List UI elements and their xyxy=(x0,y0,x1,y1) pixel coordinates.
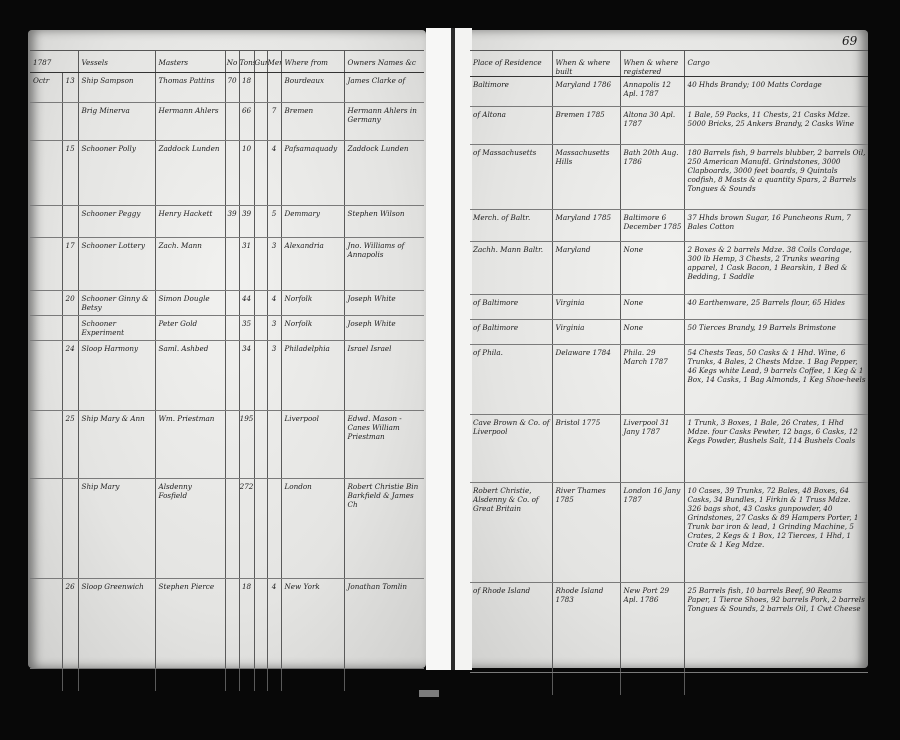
header-when-built: When & where built xyxy=(552,51,620,77)
entry-cargo: 1 Bale, 59 Packs, 11 Chests, 21 Casks Md… xyxy=(684,107,868,145)
blank-cell xyxy=(281,669,344,691)
entry-vessel: Sloop Harmony xyxy=(78,341,155,411)
entry-residence: of Altona xyxy=(470,107,552,145)
entry-cargo: 40 Hhds Brandy; 100 Matts Cordage xyxy=(684,77,868,107)
entry-cargo: 1 Trunk, 3 Boxes, 1 Bale, 26 Crates, 1 H… xyxy=(684,415,868,483)
entry-col-b: 39 xyxy=(239,206,254,238)
entry-where-from: Norfolk xyxy=(281,291,344,316)
entry-col-b: 35 xyxy=(239,316,254,341)
entry-owners: Robert Christie Bin Barkfield & James Ch xyxy=(344,479,424,579)
entry-cargo: 10 Cases, 39 Trunks, 72 Bales, 48 Boxes,… xyxy=(684,483,868,583)
entry-where-from: Liverpool xyxy=(281,411,344,479)
entry-where-from: Bourdeaux xyxy=(281,73,344,103)
entry-registered: None xyxy=(620,242,684,295)
entry-master: Thomas Pattins xyxy=(155,73,225,103)
entry-when-built: River Thames 1785 xyxy=(552,483,620,583)
blank-cell xyxy=(267,669,281,691)
entry-col-b: 66 xyxy=(239,103,254,141)
entry-col-b: 10 xyxy=(239,141,254,206)
entry-day: 24 xyxy=(62,341,78,411)
left-header-row: 1787 Vessels Masters No Tons Guns Men Wh… xyxy=(30,51,424,73)
entry-month xyxy=(30,291,62,316)
entry-col-d: 7 xyxy=(267,103,281,141)
blank-cell xyxy=(30,669,62,691)
entry-month xyxy=(30,341,62,411)
entry-master: Hermann Ahlers xyxy=(155,103,225,141)
header-col-a: No xyxy=(225,51,239,73)
ledger-entry-row: Ship MaryAlsdenny Fosfield272LondonRober… xyxy=(30,479,424,579)
entry-day xyxy=(62,103,78,141)
entry-day: 25 xyxy=(62,411,78,479)
blank-cell xyxy=(470,673,552,695)
entry-residence: of Baltimore xyxy=(470,295,552,320)
entry-col-d xyxy=(267,479,281,579)
entry-cargo: 37 Hhds brown Sugar, 16 Puncheons Rum, 7… xyxy=(684,210,868,242)
ledger-entry-row: 20Schooner Ginny & BetsySimon Dougle444N… xyxy=(30,291,424,316)
header-vessels: Vessels xyxy=(78,51,155,73)
entry-col-d: 4 xyxy=(267,141,281,206)
header-where-from: Where from xyxy=(281,51,344,73)
right-header-row: Place of Residence When & where built Wh… xyxy=(470,51,868,77)
blank-cell xyxy=(239,669,254,691)
entry-when-built: Rhode Island 1783 xyxy=(552,583,620,673)
entry-day xyxy=(62,206,78,238)
entry-owners: Israel Israel xyxy=(344,341,424,411)
entry-master: Stephen Pierce xyxy=(155,579,225,669)
ledger-entry-row: 25Ship Mary & AnnWm. Priestman195Liverpo… xyxy=(30,411,424,479)
blank-cell xyxy=(344,669,424,691)
entry-col-b: 272 xyxy=(239,479,254,579)
entry-registered: Liverpool 31 Jany 1787 xyxy=(620,415,684,483)
blank-cell xyxy=(684,673,868,695)
entry-residence: of Rhode Island xyxy=(470,583,552,673)
ledger-entry-row: of Rhode IslandRhode Island 1783New Port… xyxy=(470,583,868,673)
entry-where-from: London xyxy=(281,479,344,579)
ledger-entry-row: Robert Christie, Alsdenny & Co. of Great… xyxy=(470,483,868,583)
blank-ruled-space xyxy=(470,673,868,695)
ledger-entry-row: Zachh. Mann Baltr.MarylandNone2 Boxes & … xyxy=(470,242,868,295)
entry-residence: Robert Christie, Alsdenny & Co. of Great… xyxy=(470,483,552,583)
entry-where-from: New York xyxy=(281,579,344,669)
entry-col-c xyxy=(254,316,267,341)
entry-when-built: Bremen 1785 xyxy=(552,107,620,145)
entry-col-b: 44 xyxy=(239,291,254,316)
ledger-entry-row: Schooner PeggyHenry Hackett39395DemmaryS… xyxy=(30,206,424,238)
entry-when-built: Massachusetts Hills xyxy=(552,145,620,210)
entry-master: Henry Hackett xyxy=(155,206,225,238)
entry-registered: None xyxy=(620,295,684,320)
entry-when-built: Bristol 1775 xyxy=(552,415,620,483)
entry-col-c xyxy=(254,579,267,669)
entry-residence: of Baltimore xyxy=(470,320,552,345)
ledger-entry-row: Merch. of Baltr.Maryland 1785Baltimore 6… xyxy=(470,210,868,242)
entry-vessel: Ship Mary & Ann xyxy=(78,411,155,479)
entry-vessel: Sloop Greenwich xyxy=(78,579,155,669)
entry-col-a xyxy=(225,141,239,206)
header-col-d: Men xyxy=(267,51,281,73)
entry-where-from: Norfolk xyxy=(281,316,344,341)
entry-col-b: 18 xyxy=(239,73,254,103)
right-ledger-table: Place of Residence When & where built Wh… xyxy=(470,50,868,695)
entry-residence: Cave Brown & Co. of Liverpool xyxy=(470,415,552,483)
entry-col-a xyxy=(225,479,239,579)
entry-col-d: 3 xyxy=(267,341,281,411)
entry-month xyxy=(30,141,62,206)
entry-cargo: 54 Chests Teas, 50 Casks & 1 Hhd. Wine, … xyxy=(684,345,868,415)
entry-registered: New Port 29 Apl. 1786 xyxy=(620,583,684,673)
entry-vessel: Schooner Lottery xyxy=(78,238,155,291)
entry-registered: None xyxy=(620,320,684,345)
blank-cell xyxy=(62,669,78,691)
header-masters: Masters xyxy=(155,51,225,73)
entry-when-built: Virginia xyxy=(552,295,620,320)
entry-col-d xyxy=(267,73,281,103)
blank-cell xyxy=(225,669,239,691)
entry-vessel: Schooner Peggy xyxy=(78,206,155,238)
header-cargo: Cargo xyxy=(684,51,868,77)
gutter-strip-left xyxy=(426,28,452,670)
ledger-entry-row: of MassachusettsMassachusetts HillsBath … xyxy=(470,145,868,210)
entry-day: 20 xyxy=(62,291,78,316)
entry-master: Wm. Priestman xyxy=(155,411,225,479)
entry-registered: Baltimore 6 December 1785 xyxy=(620,210,684,242)
entry-vessel: Schooner Polly xyxy=(78,141,155,206)
entry-col-a xyxy=(225,291,239,316)
header-col-b: Tons xyxy=(239,51,254,73)
entry-col-a xyxy=(225,341,239,411)
entry-col-a: 39 xyxy=(225,206,239,238)
header-year: 1787 xyxy=(30,51,78,73)
entry-vessel: Schooner Experiment xyxy=(78,316,155,341)
ledger-entry-row: of BaltimoreVirginiaNone50 Tierces Brand… xyxy=(470,320,868,345)
entry-month xyxy=(30,103,62,141)
entry-col-c xyxy=(254,206,267,238)
entry-col-a xyxy=(225,411,239,479)
entry-col-d: 3 xyxy=(267,316,281,341)
entry-month xyxy=(30,238,62,291)
entry-where-from: Philadelphia xyxy=(281,341,344,411)
entry-where-from: Pafsamaquady xyxy=(281,141,344,206)
entry-col-c xyxy=(254,479,267,579)
entry-col-a xyxy=(225,579,239,669)
entry-owners: Stephen Wilson xyxy=(344,206,424,238)
entry-col-c xyxy=(254,291,267,316)
left-ledger-table: 1787 Vessels Masters No Tons Guns Men Wh… xyxy=(30,50,424,691)
entry-col-a: 70 xyxy=(225,73,239,103)
entry-cargo: 180 Barrels fish, 9 barrels blubber, 2 b… xyxy=(684,145,868,210)
entry-residence: of Phila. xyxy=(470,345,552,415)
header-col-c: Guns xyxy=(254,51,267,73)
ledger-entry-row: BaltimoreMaryland 1786Annapolis 12 Apl. … xyxy=(470,77,868,107)
entry-month xyxy=(30,411,62,479)
blank-ruled-space xyxy=(30,669,424,691)
ledger-entry-row: Schooner ExperimentPeter Gold353NorfolkJ… xyxy=(30,316,424,341)
entry-col-d: 5 xyxy=(267,206,281,238)
entry-registered: Bath 20th Aug. 1786 xyxy=(620,145,684,210)
entry-col-d: 4 xyxy=(267,291,281,316)
entry-col-c xyxy=(254,341,267,411)
entry-registered: Phila. 29 March 1787 xyxy=(620,345,684,415)
entry-residence: Merch. of Baltr. xyxy=(470,210,552,242)
entry-col-b: 195 xyxy=(239,411,254,479)
entry-col-b: 34 xyxy=(239,341,254,411)
entry-day: 17 xyxy=(62,238,78,291)
entry-master: Simon Dougle xyxy=(155,291,225,316)
entry-where-from: Demmary xyxy=(281,206,344,238)
entry-master: Zach. Mann xyxy=(155,238,225,291)
entry-master: Alsdenny Fosfield xyxy=(155,479,225,579)
entry-when-built: Maryland xyxy=(552,242,620,295)
entry-registered: Annapolis 12 Apl. 1787 xyxy=(620,77,684,107)
entry-when-built: Delaware 1784 xyxy=(552,345,620,415)
entry-residence: Zachh. Mann Baltr. xyxy=(470,242,552,295)
header-owners: Owners Names &c xyxy=(344,51,424,73)
entry-when-built: Maryland 1785 xyxy=(552,210,620,242)
entry-vessel: Ship Sampson xyxy=(78,73,155,103)
ledger-entry-row: Octr13Ship SampsonThomas Pattins7018Bour… xyxy=(30,73,424,103)
header-residence: Place of Residence xyxy=(470,51,552,77)
ledger-entry-row: 15Schooner PollyZaddock Lunden104Pafsama… xyxy=(30,141,424,206)
entry-vessel: Schooner Ginny & Betsy xyxy=(78,291,155,316)
entry-residence: Baltimore xyxy=(470,77,552,107)
entry-day xyxy=(62,316,78,341)
blank-cell xyxy=(620,673,684,695)
entry-when-built: Maryland 1786 xyxy=(552,77,620,107)
entry-cargo: 50 Tierces Brandy, 19 Barrels Brimstone xyxy=(684,320,868,345)
entry-col-d: 4 xyxy=(267,579,281,669)
ledger-entry-row: Brig MinervaHermann Ahlers667BremenHerma… xyxy=(30,103,424,141)
entry-month xyxy=(30,206,62,238)
entry-owners: Hermann Ahlers in Germany xyxy=(344,103,424,141)
entry-col-d: 3 xyxy=(267,238,281,291)
entry-month xyxy=(30,579,62,669)
entry-cargo: 40 Earthenware, 25 Barrels flour, 65 Hid… xyxy=(684,295,868,320)
entry-master: Zaddock Lunden xyxy=(155,141,225,206)
entry-col-c xyxy=(254,238,267,291)
blank-cell xyxy=(155,669,225,691)
entry-col-a xyxy=(225,316,239,341)
ledger-entry-row: of Phila.Delaware 1784Phila. 29 March 17… xyxy=(470,345,868,415)
entry-residence: of Massachusetts xyxy=(470,145,552,210)
entry-vessel: Brig Minerva xyxy=(78,103,155,141)
entry-month: Octr xyxy=(30,73,62,103)
blank-cell xyxy=(552,673,620,695)
ledger-entry-row: 24Sloop HarmonySaml. Ashbed343Philadelph… xyxy=(30,341,424,411)
entry-col-c xyxy=(254,73,267,103)
entry-col-c xyxy=(254,411,267,479)
entry-day: 13 xyxy=(62,73,78,103)
entry-owners: James Clarke of xyxy=(344,73,424,103)
entry-col-a xyxy=(225,103,239,141)
header-registered: When & where registered xyxy=(620,51,684,77)
entry-vessel: Ship Mary xyxy=(78,479,155,579)
entry-col-b: 31 xyxy=(239,238,254,291)
entry-where-from: Bremen xyxy=(281,103,344,141)
entry-col-c xyxy=(254,141,267,206)
entry-owners: Jonathan Tomlin xyxy=(344,579,424,669)
entry-col-c xyxy=(254,103,267,141)
binding-gutter xyxy=(451,28,455,670)
entry-registered: Altona 30 Apl. 1787 xyxy=(620,107,684,145)
blank-cell xyxy=(78,669,155,691)
entry-registered: London 16 Jany 1787 xyxy=(620,483,684,583)
folio-number: 69 xyxy=(842,34,857,48)
entry-col-b: 18 xyxy=(239,579,254,669)
entry-where-from: Alexandria xyxy=(281,238,344,291)
entry-day: 15 xyxy=(62,141,78,206)
entry-master: Saml. Ashbed xyxy=(155,341,225,411)
entry-col-d xyxy=(267,411,281,479)
ledger-entry-row: 17Schooner LotteryZach. Mann313Alexandri… xyxy=(30,238,424,291)
entry-owners: Joseph White xyxy=(344,316,424,341)
entry-month xyxy=(30,479,62,579)
entry-cargo: 25 Barrels fish, 10 barrels Beef, 90 Rea… xyxy=(684,583,868,673)
ledger-entry-row: of AltonaBremen 1785Altona 30 Apl. 17871… xyxy=(470,107,868,145)
ledger-entry-row: of BaltimoreVirginiaNone40 Earthenware, … xyxy=(470,295,868,320)
ledger-entry-row: 26Sloop GreenwichStephen Pierce184New Yo… xyxy=(30,579,424,669)
blank-cell xyxy=(254,669,267,691)
ledger-entry-row: Cave Brown & Co. of LiverpoolBristol 177… xyxy=(470,415,868,483)
entry-owners: Joseph White xyxy=(344,291,424,316)
entry-month xyxy=(30,316,62,341)
entry-master: Peter Gold xyxy=(155,316,225,341)
entry-day: 26 xyxy=(62,579,78,669)
archive-stamp xyxy=(419,690,439,697)
entry-cargo: 2 Boxes & 2 barrels Mdze. 38 Coils Corda… xyxy=(684,242,868,295)
entry-day xyxy=(62,479,78,579)
entry-owners: Zaddock Lunden xyxy=(344,141,424,206)
entry-col-a xyxy=(225,238,239,291)
entry-owners: Jno. Williams of Annapolis xyxy=(344,238,424,291)
entry-when-built: Virginia xyxy=(552,320,620,345)
entry-owners: Edwd. Mason - Canes William Priestman xyxy=(344,411,424,479)
